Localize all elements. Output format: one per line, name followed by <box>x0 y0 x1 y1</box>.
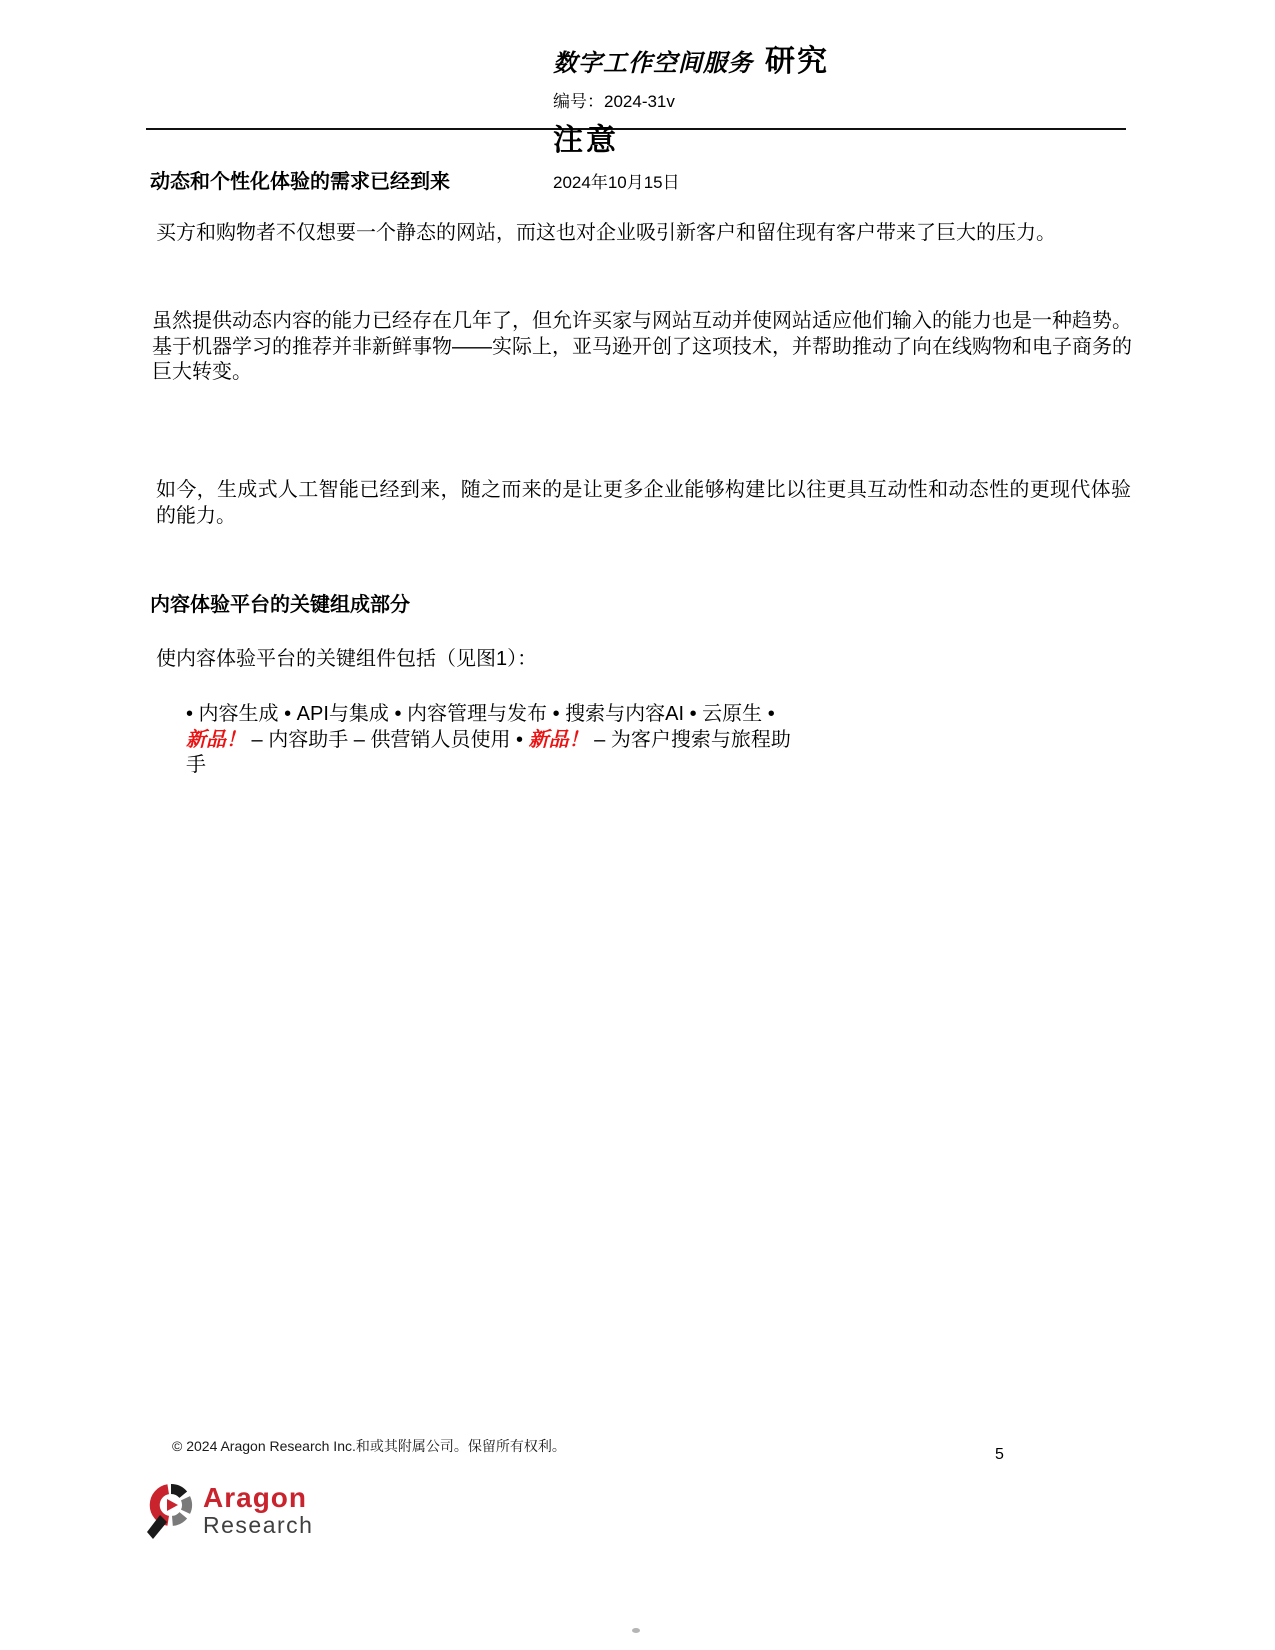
paragraph-dynamic-content: 虽然提供动态内容的能力已经存在几年了，但允许买家与网站互动并使网站适应他们输入的… <box>152 309 1132 386</box>
masthead: 数字工作空间服务 研究 编号：2024-31v 注意 2024年10月15日 <box>553 36 829 193</box>
research-kicker: 研究 <box>765 36 829 80</box>
page-artifact-dot <box>632 1628 640 1633</box>
list-segment: – 内容助手 – 供营销人员使用 • <box>246 729 529 751</box>
paragraph-generative-ai: 如今，生成式人工智能已经到来，随之而来的是让更多企业能够构建比以往更具互动性和动… <box>156 478 1131 529</box>
copyright-notice: © 2024 Aragon Research Inc.和或其附属公司。保留所有权… <box>172 1436 566 1456</box>
new-item-badge: 新品！ <box>529 729 589 751</box>
doc-number: 编号：2024-31v <box>553 87 829 112</box>
aragon-research-logo: Aragon Research <box>144 1480 313 1549</box>
series-title: 数字工作空间服务 <box>553 43 753 78</box>
list-segment: • 内容生成 • API与集成 • 内容管理与发布 • 搜索与内容AI • 云原… <box>186 703 775 725</box>
doc-type: 注意 <box>553 115 829 159</box>
page-number: 5 <box>995 1446 1004 1464</box>
document-page: 数字工作空间服务 研究 编号：2024-31v 注意 2024年10月15日 动… <box>0 0 1275 1650</box>
logo-sub-text: Research <box>203 1514 313 1537</box>
logo-wordmark: Aragon Research <box>203 1484 313 1537</box>
section-heading-demand: 动态和个性化体验的需求已经到来 <box>150 169 450 195</box>
paragraph-buyers: 买方和购物者不仅想要一个静态的网站，而这也对企业吸引新客户和留住现有客户带来了巨… <box>156 221 1131 247</box>
paragraph-components-intro: 使内容体验平台的关键组件包括（见图1）： <box>156 647 1131 673</box>
new-item-badge: 新品！ <box>186 729 246 751</box>
aragon-logo-icon <box>144 1480 198 1549</box>
section-heading-components: 内容体验平台的关键组成部分 <box>150 592 410 618</box>
doc-date: 2024年10月15日 <box>553 168 829 193</box>
masthead-title-row: 数字工作空间服务 研究 <box>553 36 829 80</box>
components-list-paragraph: • 内容生成 • API与集成 • 内容管理与发布 • 搜索与内容AI • 云原… <box>186 702 794 779</box>
logo-name-text: Aragon <box>203 1484 313 1512</box>
